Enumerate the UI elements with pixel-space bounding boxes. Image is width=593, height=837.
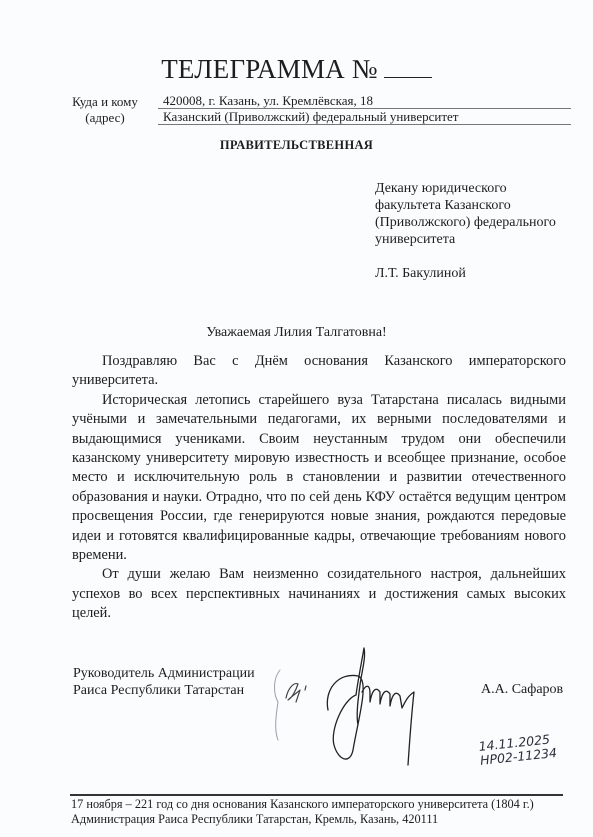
recipient-block: Декану юридического факультета Казанског… — [375, 180, 556, 282]
recipient-line: Декану юридического — [375, 180, 556, 197]
handwritten-registration-note: 14.11.2025 НР02-11234 — [478, 732, 558, 768]
telegram-category: ПРАВИТЕЛЬСТВЕННАЯ — [0, 138, 593, 153]
footer: 17 ноября – 221 год со дня основания Каз… — [71, 797, 534, 827]
recipient-line: факультета Казанского — [375, 197, 556, 214]
recipient-line: университета — [375, 231, 556, 248]
footer-divider — [70, 794, 563, 796]
signer-position: Руководитель Администрации Раиса Республ… — [73, 665, 255, 699]
signer-position-line2: Раиса Республики Татарстан — [73, 682, 255, 699]
handwritten-signature-icon — [258, 640, 458, 775]
address-label: Куда и кому (адрес) — [55, 94, 155, 126]
telegram-number-blank — [384, 57, 432, 78]
address-line-1: 420008, г. Казань, ул. Кремлёвская, 18 — [158, 93, 571, 109]
address-label-line1: Куда и кому — [55, 94, 155, 110]
letter-body: Поздравляю Вас с Днём основания Казанско… — [72, 352, 566, 624]
address-label-line2: (адрес) — [55, 110, 155, 126]
recipient-name: Л.Т. Бакулиной — [375, 265, 556, 282]
body-paragraph: Поздравляю Вас с Днём основания Казанско… — [72, 352, 566, 391]
body-paragraph: От души желаю Вам неизменно созидательно… — [72, 565, 566, 623]
telegram-title-text: ТЕЛЕГРАММА № — [161, 54, 378, 84]
body-paragraph: Историческая летопись старейшего вуза Та… — [72, 391, 566, 566]
greeting: Уважаемая Лилия Талгатовна! — [0, 325, 593, 341]
footer-line2: Администрация Раиса Республики Татарстан… — [71, 812, 534, 827]
footer-line1: 17 ноября – 221 год со дня основания Каз… — [71, 797, 534, 812]
signer-name: А.А. Сафаров — [481, 682, 563, 698]
recipient-line: (Приволжского) федерального — [375, 214, 556, 231]
signer-position-line1: Руководитель Администрации — [73, 665, 255, 682]
address-line-2: Казанский (Приволжский) федеральный унив… — [158, 109, 571, 125]
telegram-title: ТЕЛЕГРАММА № — [0, 54, 593, 85]
